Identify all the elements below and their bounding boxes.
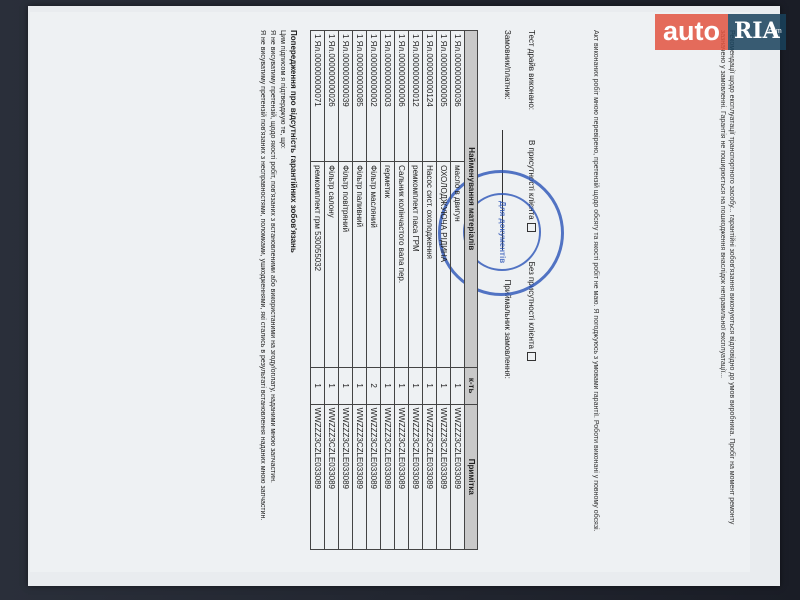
cell-note: WWZZZ3CZLE033089 [367,404,381,549]
cell-note: WWZZZ3CZLE033089 [353,404,367,549]
cell-name: Фільтр масляний [367,162,381,368]
cell-code: 1 Ял.000000000026 [325,31,339,162]
cell-qty: 1 [311,367,325,404]
cell-name: герметик [381,162,395,368]
cell-name: Фільтр паливний [353,162,367,368]
table-row: 1 Ял.000000000039Фільтр повітряний1WWZZZ… [339,31,353,550]
cell-note: WWZZZ3CZLE033089 [409,404,423,549]
materials-table: Найменування матеріалів к-ть Примітка 1 … [310,30,478,550]
warning-line: Цим підписом я підтверджую те, що: [279,30,286,149]
cell-code: 1 Ял.000000000071 [311,31,325,162]
cell-name: масло в двигун [451,162,465,368]
cell-qty: 1 [395,367,409,404]
table-row: 1 Ял.000000000071ремкомплект грм 5300550… [311,31,325,550]
table-row: 1 Ял.000000000036масло в двигун1WWZZZ3CZ… [451,31,465,550]
document-paragraph: Рекомендації щодо експлуатації транспорт… [718,30,736,552]
table-row: 1 Ял.000000000002Фільтр масляний2WWZZZ3C… [367,31,381,550]
header-qty: к-ть [465,367,478,404]
cell-qty: 1 [325,367,339,404]
header-name: Найменування матеріалів [465,31,478,368]
rotated-document: Рекомендації щодо експлуатації транспорт… [30,12,750,572]
warranty-warning: Попередження про відсутність гарантійних… [257,30,298,552]
cell-code: 1 Ял.000000000085 [353,31,367,162]
cell-note: WWZZZ3CZLE033089 [381,404,395,549]
cell-note: WWZZZ3CZLE033089 [423,404,437,549]
cell-code: 1 Ял.000000000039 [339,31,353,162]
cell-name: Фільтр повітряний [339,162,353,368]
cell-code: 1 Ял.000000000124 [423,31,437,162]
cell-note: WWZZZ3CZLE033089 [451,404,465,549]
cell-qty: 1 [381,367,395,404]
watermark-auto: auto [655,14,728,50]
table-row: 1 Ял.000000000124Насос сист. охолодження… [423,31,437,550]
table-row: 1 Ял.000000000003герметик1WWZZZ3CZLE0330… [381,31,395,550]
warning-line: Я не висуватиму претензій пов'язаних з н… [259,30,266,520]
cell-qty: 1 [423,367,437,404]
cell-code: 1 Ял.000000000036 [451,31,465,162]
cell-code: 1 Ял.000000000003 [381,31,395,162]
without-client-checkbox [527,352,536,361]
cell-note: WWZZZ3CZLE033089 [325,404,339,549]
autoria-watermark: auto RIA.com [655,14,787,50]
warning-line: Я не висуватиму претензій, щодо якості р… [269,30,276,483]
cell-qty: 1 [353,367,367,404]
test-drive-label: Тест драйв виконано: [526,30,536,110]
table-row: 1 Ял.000000000085Фільтр паливний1WWZZZ3C… [353,31,367,550]
warning-title: Попередження про відсутність гарантійних… [289,30,298,253]
cell-name: Фільтр салону [325,162,339,368]
cell-name: Насос сист. охолодження [423,162,437,368]
cell-name: ремкомплект грм 530055032 [311,162,325,368]
customer-label: Замовник/платник: [502,30,512,100]
cell-name: ОХОЛОДЖУЮЧА РІДИНА [437,162,451,368]
table-row: 1 Ял.000000000005ОХОЛОДЖУЮЧА РІДИНА1WWZZ… [437,31,451,550]
cell-code: 1 Ял.000000000006 [395,31,409,162]
table-row: 1 Ял.000000000012ремкомплект паса ГРМ1WW… [409,31,423,550]
cell-code: 1 Ял.000000000012 [409,31,423,162]
header-note: Примітка [465,404,478,549]
cell-qty: 1 [339,367,353,404]
cell-name: ремкомплект паса ГРМ [409,162,423,368]
cell-qty: 2 [367,367,381,404]
cell-note: WWZZZ3CZLE033089 [311,404,325,549]
cell-name: Сальник колінчастого вала пер. [395,162,409,368]
cell-note: WWZZZ3CZLE033089 [395,404,409,549]
cell-code: 1 Ял.000000000005 [437,31,451,162]
cell-note: WWZZZ3CZLE033089 [339,404,353,549]
cell-note: WWZZZ3CZLE033089 [437,404,451,549]
document-paragraph: Акт виконаних робіт мною перевірено, пре… [591,30,600,552]
cell-qty: 1 [437,367,451,404]
watermark-ria: RIA.com [728,14,786,50]
table-row: 1 Ял.000000000006Сальник колінчастого ва… [395,31,409,550]
table-row: 1 Ял.000000000026Фільтр салону1WWZZZ3CZL… [325,31,339,550]
cell-qty: 1 [409,367,423,404]
cell-qty: 1 [451,367,465,404]
cell-code: 1 Ял.000000000002 [367,31,381,162]
